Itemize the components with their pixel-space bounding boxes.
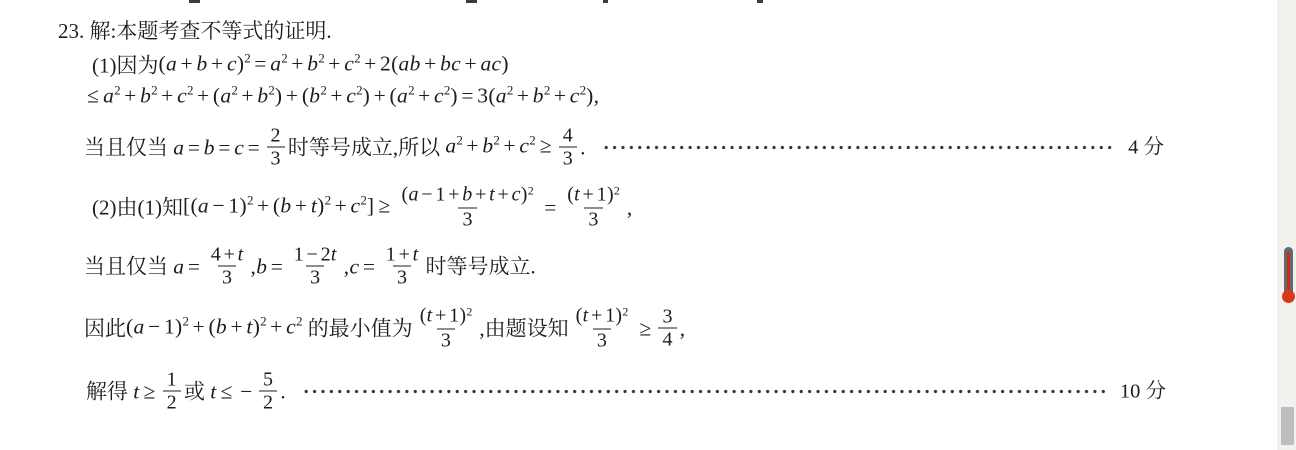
math-run: t≥ bbox=[133, 374, 159, 408]
math-symbol: 3 bbox=[588, 209, 598, 231]
math-run: b= bbox=[256, 249, 287, 283]
fraction-denominator: 3 bbox=[437, 329, 455, 352]
math-operator: + bbox=[121, 79, 140, 113]
exponent: 2 bbox=[622, 301, 628, 323]
exponent: 2 bbox=[580, 74, 587, 108]
math-symbol: ( bbox=[576, 305, 583, 327]
fraction-numerator: (a−1+b+t+c)2 bbox=[397, 184, 537, 208]
fraction-denominator: 3 bbox=[267, 147, 285, 170]
math-operator: + bbox=[495, 184, 512, 206]
exponent: 2 bbox=[268, 74, 275, 108]
math-symbol: ] bbox=[367, 189, 374, 223]
math-symbol: 3 bbox=[397, 267, 407, 289]
math-variable: c bbox=[570, 84, 580, 108]
solution-line-8: 解得 t≥12或 t≤−52.10 分 bbox=[86, 369, 1166, 414]
math-symbol: 3 bbox=[662, 306, 672, 328]
exponent: 2 bbox=[529, 124, 536, 158]
fraction-denominator: 3 bbox=[593, 329, 611, 352]
math-operator: = bbox=[267, 249, 286, 283]
fraction-denominator: 4 bbox=[658, 328, 676, 351]
fraction-denominator: 2 bbox=[163, 391, 181, 414]
exponent: 2 bbox=[318, 42, 325, 76]
math-operator: + bbox=[588, 305, 605, 327]
dotted-leader bbox=[602, 130, 1116, 164]
math-variable: c bbox=[286, 315, 296, 339]
math-variable: a bbox=[173, 254, 184, 278]
cropped-glyph-fragment bbox=[189, 0, 200, 3]
math-operator: − bbox=[304, 244, 321, 266]
math-run: [(a−1)2+(b+t)2+c2]≥ bbox=[183, 189, 394, 226]
fraction-numerator: (t+1)2 bbox=[572, 305, 633, 329]
math-variable: c bbox=[492, 52, 502, 76]
solution-line-3: ≤a2+b2+c2+(a2+b2)+(b2+c2)+(a2+c2)=3(a2+b… bbox=[83, 79, 599, 116]
exponent: 2 bbox=[247, 184, 254, 218]
math-run: , bbox=[680, 311, 686, 345]
math-variable: b bbox=[440, 52, 451, 76]
exponent: 2 bbox=[320, 74, 327, 108]
math-run: a2+b2+c2≥ bbox=[445, 129, 555, 166]
cn-text: ,由题设知 bbox=[479, 311, 568, 345]
cn-text: 或 bbox=[184, 374, 210, 408]
math-variable: b bbox=[482, 134, 493, 158]
cn-text: (2)由(1)知 bbox=[92, 190, 183, 224]
fraction: 12 bbox=[163, 369, 181, 414]
math-symbol: 3 bbox=[462, 209, 472, 231]
math-symbol: 4 bbox=[563, 125, 573, 147]
exponent: 2 bbox=[507, 74, 514, 108]
math-operator: + bbox=[396, 244, 413, 266]
math-operator: + bbox=[253, 189, 272, 223]
solution-line-6: 当且仅当 a=4+t3,b=1−2t3,c=1+t3时等号成立. bbox=[84, 244, 536, 289]
dotted-leader bbox=[302, 374, 1108, 408]
math-operator: + bbox=[500, 129, 519, 163]
math-symbol: ) bbox=[237, 47, 244, 81]
math-symbol: 5 bbox=[263, 369, 273, 391]
fraction-numerator: 1+t bbox=[382, 244, 423, 266]
math-operator: = bbox=[184, 249, 203, 283]
math-operator: + bbox=[580, 184, 597, 206]
math-operator: = bbox=[251, 47, 270, 81]
math-symbol: 4 bbox=[662, 329, 672, 351]
math-variable: b bbox=[307, 52, 318, 76]
exponent: 2 bbox=[544, 74, 551, 108]
fraction-numerator: 3 bbox=[658, 306, 676, 328]
math-operator: + bbox=[267, 310, 286, 344]
fraction: 1−2t3 bbox=[290, 244, 341, 289]
cn-text: 的最小值为 bbox=[302, 311, 412, 345]
math-variable: b bbox=[410, 52, 421, 76]
math-symbol: ( bbox=[208, 310, 215, 344]
math-variable: c bbox=[451, 52, 461, 76]
math-symbol: ) bbox=[586, 79, 593, 113]
fraction: (t+1)23 bbox=[563, 184, 624, 231]
math-variable: b bbox=[462, 184, 472, 206]
fraction-numerator: 4+t bbox=[207, 244, 248, 266]
math-symbol: ) bbox=[239, 189, 246, 223]
math-operator: + bbox=[415, 79, 434, 113]
exponent: 2 bbox=[356, 74, 363, 108]
math-operator: = bbox=[541, 190, 560, 224]
math-variable: b bbox=[257, 84, 268, 108]
math-symbol: 2 bbox=[167, 392, 177, 414]
math-operator: + bbox=[331, 189, 350, 223]
math-operator: + bbox=[370, 79, 389, 113]
fraction-numerator: 5 bbox=[259, 369, 277, 391]
math-symbol: ) bbox=[450, 79, 457, 113]
exponent: 2 bbox=[354, 42, 361, 76]
math-operator: = bbox=[458, 79, 477, 113]
math-symbol: , bbox=[680, 311, 686, 345]
math-symbol: 4 bbox=[211, 244, 221, 266]
math-symbol: ) bbox=[615, 305, 622, 327]
math-operator: + bbox=[433, 305, 450, 327]
math-operator: + bbox=[208, 47, 227, 81]
fraction-numerator: (t+1)2 bbox=[563, 184, 624, 208]
fraction-denominator: 2 bbox=[259, 391, 277, 414]
math-variable: c bbox=[346, 84, 356, 108]
math-variable: a bbox=[496, 84, 507, 108]
math-operator: + bbox=[221, 244, 238, 266]
math-variable: a bbox=[445, 134, 456, 158]
math-symbol: [ bbox=[183, 189, 190, 223]
math-operator: + bbox=[461, 47, 480, 81]
fraction: (a−1+b+t+c)23 bbox=[397, 184, 537, 231]
math-variable: a bbox=[408, 184, 418, 206]
math-variable: a bbox=[133, 315, 144, 339]
fraction: 4+t3 bbox=[207, 244, 248, 289]
math-symbol: 1 bbox=[605, 305, 615, 327]
math-variable: b bbox=[204, 135, 215, 159]
fraction-numerator: 1 bbox=[163, 369, 181, 391]
math-symbol: ( bbox=[190, 189, 197, 223]
cn-text: 因此 bbox=[84, 311, 126, 345]
math-variable: b bbox=[533, 84, 544, 108]
math-variable: c bbox=[344, 52, 354, 76]
math-operator: − bbox=[419, 184, 436, 206]
math-symbol: ) bbox=[317, 189, 324, 223]
math-symbol: 2 bbox=[380, 47, 391, 81]
cn-text: 解得 bbox=[86, 374, 133, 408]
math-symbol: 1 bbox=[449, 305, 459, 327]
math-variable: b bbox=[140, 84, 151, 108]
math-run: (a−1)2+(b+t)2+c2 bbox=[126, 310, 302, 347]
math-operator: ≥ bbox=[374, 189, 394, 223]
cn-text: 解:本题考查不等式的证明. bbox=[90, 14, 332, 48]
math-run: ≤a2+b2+c2+(a2+b2)+(b2+c2)+(a2+c2)=3(a2+b… bbox=[83, 79, 599, 116]
math-operator: ≥ bbox=[635, 311, 655, 345]
math-symbol: 2 bbox=[263, 392, 273, 414]
math-variable: a bbox=[166, 52, 177, 76]
math-variable: c bbox=[351, 194, 361, 218]
math-variable: a bbox=[397, 84, 408, 108]
fraction: (t+1)23 bbox=[572, 305, 633, 352]
math-run: a= bbox=[173, 249, 204, 283]
exponent: 2 bbox=[493, 124, 500, 158]
math-operator: + bbox=[513, 79, 532, 113]
thermometer-mercury-icon bbox=[1287, 252, 1290, 294]
fraction: (t+1)23 bbox=[416, 305, 477, 352]
solution-line-7: 因此(a−1)2+(b+t)2+c2 的最小值为(t+1)23,由题设知(t+1… bbox=[84, 305, 685, 352]
math-variable: a bbox=[399, 52, 410, 76]
solution-line-4: 当且仅当 a=b=c=23时等号成立,所以 a2+b2+c2≥43.4 分 bbox=[84, 125, 1164, 170]
exponent: 2 bbox=[244, 42, 251, 76]
math-operator: + bbox=[158, 79, 177, 113]
math-symbol: 3 bbox=[441, 330, 451, 352]
math-operator: + bbox=[421, 47, 440, 81]
math-symbol: ) bbox=[607, 184, 614, 206]
math-run: = bbox=[541, 190, 560, 224]
exponent: 2 bbox=[456, 124, 463, 158]
exponent: 2 bbox=[114, 74, 121, 108]
scrollbar-thumb[interactable] bbox=[1281, 407, 1294, 445]
math-symbol: 1 bbox=[597, 184, 607, 206]
cropped-glyph-fragment bbox=[603, 0, 608, 3]
exponent: 2 bbox=[408, 74, 415, 108]
math-operator: = bbox=[244, 130, 263, 164]
math-variable: c bbox=[177, 84, 187, 108]
cn-text: 当且仅当 bbox=[84, 249, 173, 283]
math-variable: c bbox=[227, 52, 237, 76]
exponent: 2 bbox=[296, 305, 303, 339]
math-symbol: 2 bbox=[321, 244, 331, 266]
math-run: . bbox=[280, 374, 286, 408]
math-operator: = bbox=[359, 249, 378, 283]
math-operator: + bbox=[282, 79, 301, 113]
solution-line-5: (2)由(1)知[(a−1)2+(b+t)2+c2]≥(a−1+b+t+c)23… bbox=[92, 184, 633, 231]
fraction-denominator: 3 bbox=[458, 208, 476, 231]
math-operator: ≤ bbox=[216, 374, 236, 408]
math-symbol: 1 bbox=[164, 310, 175, 344]
score-label: 4 分 bbox=[1128, 130, 1164, 164]
fraction-denominator: 3 bbox=[584, 208, 602, 231]
math-variable: b bbox=[196, 52, 207, 76]
math-symbol: 3 bbox=[310, 267, 320, 289]
exponent: 2 bbox=[466, 301, 472, 323]
math-variable: c bbox=[349, 254, 359, 278]
math-variable: c bbox=[434, 84, 444, 108]
math-variable: t bbox=[331, 244, 337, 266]
math-symbol: 1 bbox=[228, 189, 239, 223]
math-variable: b bbox=[280, 194, 291, 218]
fraction: 1+t3 bbox=[382, 244, 423, 289]
math-operator: = bbox=[215, 130, 234, 164]
cropped-glyph-fragment bbox=[757, 0, 763, 3]
math-symbol: . bbox=[280, 374, 286, 408]
fraction-numerator: 1−2t bbox=[290, 244, 341, 266]
math-operator: ≥ bbox=[140, 374, 160, 408]
math-variable: b bbox=[256, 254, 267, 278]
fraction-denominator: 3 bbox=[393, 266, 411, 289]
cn-text: 23. bbox=[58, 14, 90, 48]
exponent: 2 bbox=[231, 74, 238, 108]
math-symbol: 3 bbox=[563, 148, 573, 170]
thermometer-bulb-icon bbox=[1282, 290, 1295, 303]
math-symbol: ( bbox=[159, 47, 166, 81]
math-variable: a bbox=[198, 194, 209, 218]
exponent: 2 bbox=[528, 180, 534, 202]
math-variable: t bbox=[238, 244, 244, 266]
math-operator: ≥ bbox=[536, 129, 556, 163]
math-symbol: ( bbox=[391, 47, 398, 81]
math-run: t≤− bbox=[210, 374, 256, 408]
math-variable: b bbox=[309, 84, 320, 108]
math-symbol: 3 bbox=[477, 79, 488, 113]
math-symbol: ) bbox=[459, 305, 466, 327]
cn-text: 当且仅当 bbox=[84, 130, 173, 164]
math-run: , bbox=[627, 190, 633, 224]
math-operator: − bbox=[237, 374, 256, 408]
math-symbol: ) bbox=[175, 310, 182, 344]
math-symbol: 1 bbox=[167, 369, 177, 391]
math-symbol: 1 bbox=[386, 244, 396, 266]
fraction: 52 bbox=[259, 369, 277, 414]
math-variable: a bbox=[480, 52, 491, 76]
exponent: 2 bbox=[444, 74, 451, 108]
math-symbol: ( bbox=[488, 79, 495, 113]
cn-text: (1)因为 bbox=[92, 48, 159, 82]
math-variable: a bbox=[173, 135, 184, 159]
math-operator: + bbox=[446, 184, 463, 206]
exponent: 2 bbox=[360, 184, 367, 218]
math-symbol: ) bbox=[275, 79, 282, 113]
math-operator: + bbox=[288, 47, 307, 81]
math-variable: a bbox=[270, 52, 281, 76]
math-symbol: 3 bbox=[222, 267, 232, 289]
fraction: 34 bbox=[658, 306, 676, 351]
math-variable: c bbox=[512, 184, 521, 206]
exponent: 2 bbox=[325, 184, 332, 218]
fraction: 23 bbox=[267, 125, 285, 170]
math-symbol: 2 bbox=[271, 125, 281, 147]
math-operator: + bbox=[193, 79, 212, 113]
math-operator: − bbox=[209, 189, 228, 223]
math-symbol: , bbox=[594, 79, 600, 113]
math-variable: t bbox=[413, 244, 419, 266]
fraction-numerator: 2 bbox=[267, 125, 285, 147]
cn-text: 时等号成立,所以 bbox=[288, 130, 446, 164]
math-symbol: 1 bbox=[435, 184, 445, 206]
thermometer-indicator[interactable] bbox=[1282, 247, 1295, 303]
math-variable: a bbox=[220, 84, 231, 108]
math-variable: c bbox=[519, 134, 529, 158]
fraction: 43 bbox=[559, 125, 577, 170]
fraction-denominator: 3 bbox=[559, 147, 577, 170]
fraction-numerator: 4 bbox=[559, 125, 577, 147]
math-run: a=b=c= bbox=[173, 130, 263, 164]
math-operator: − bbox=[145, 310, 164, 344]
math-operator: ≤ bbox=[83, 79, 103, 113]
exponent: 2 bbox=[183, 305, 190, 339]
math-run: c= bbox=[349, 249, 378, 283]
math-symbol: ) bbox=[363, 79, 370, 113]
math-variable: a bbox=[103, 84, 114, 108]
math-operator: = bbox=[184, 130, 203, 164]
cropped-glyph-fragment bbox=[466, 0, 477, 3]
math-operator: + bbox=[238, 79, 257, 113]
math-symbol: , bbox=[627, 190, 633, 224]
math-operator: + bbox=[325, 47, 344, 81]
math-operator: + bbox=[463, 129, 482, 163]
math-symbol: ) bbox=[521, 184, 528, 206]
math-run: . bbox=[580, 130, 586, 164]
cn-text: 时等号成立. bbox=[426, 249, 536, 283]
math-symbol: 3 bbox=[271, 148, 281, 170]
scrollbar-track[interactable] bbox=[1277, 0, 1296, 450]
fraction-numerator: (t+1)2 bbox=[416, 305, 477, 329]
solution-line-1: 23. 解:本题考查不等式的证明. bbox=[58, 14, 332, 48]
fraction-denominator: 3 bbox=[306, 266, 324, 289]
exponent: 2 bbox=[187, 74, 194, 108]
math-operator: + bbox=[550, 79, 569, 113]
math-operator: + bbox=[291, 189, 310, 223]
exponent: 2 bbox=[614, 180, 620, 202]
math-symbol: 3 bbox=[597, 330, 607, 352]
math-run: ≥ bbox=[635, 311, 655, 345]
math-symbol: ) bbox=[253, 310, 260, 344]
math-variable: c bbox=[234, 135, 244, 159]
math-operator: + bbox=[189, 310, 208, 344]
math-operator: + bbox=[361, 47, 380, 81]
math-operator: + bbox=[327, 79, 346, 113]
exponent: 2 bbox=[260, 305, 267, 339]
math-operator: + bbox=[227, 310, 246, 344]
math-symbol: . bbox=[580, 130, 586, 164]
math-symbol: ( bbox=[420, 305, 427, 327]
fraction-denominator: 3 bbox=[218, 266, 236, 289]
math-variable: b bbox=[216, 315, 227, 339]
exponent: 2 bbox=[151, 74, 158, 108]
math-operator: + bbox=[473, 184, 490, 206]
score-label: 10 分 bbox=[1120, 374, 1166, 408]
math-symbol: ( bbox=[390, 79, 397, 113]
math-symbol: 1 bbox=[294, 244, 304, 266]
exponent: 2 bbox=[281, 42, 288, 76]
